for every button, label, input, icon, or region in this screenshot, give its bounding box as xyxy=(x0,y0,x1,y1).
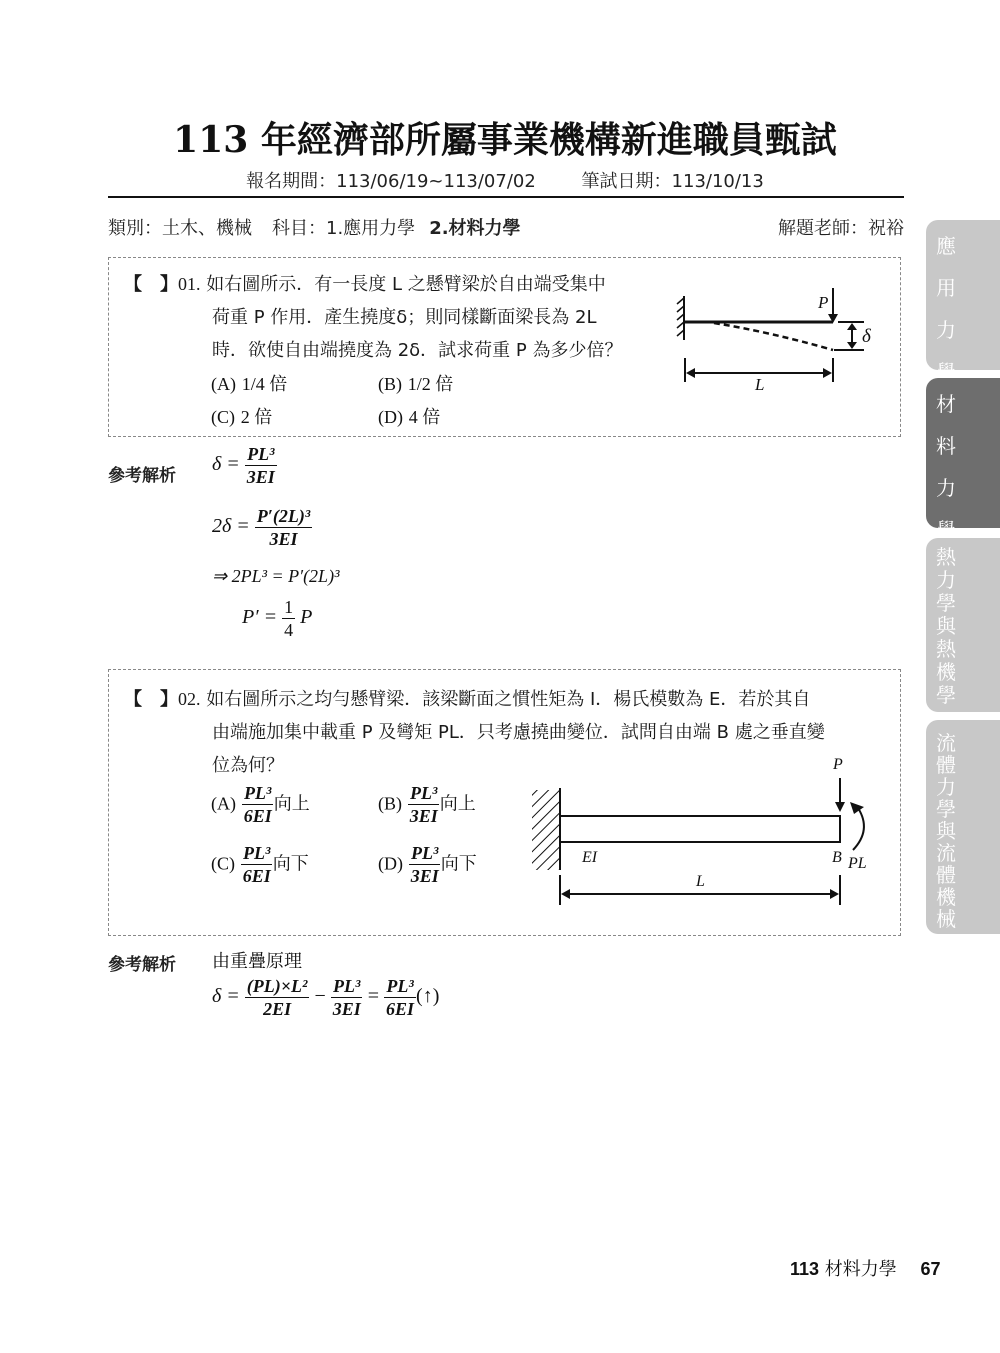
load-label: P xyxy=(817,293,828,312)
solution-2-equation: δ = (PL)×L²2EI − PL³3EI = PL³6EI(↑) xyxy=(212,976,439,1019)
direction: 向上 xyxy=(440,794,476,815)
eq-lhs: δ = xyxy=(212,985,240,1007)
beam xyxy=(560,816,840,842)
option-label: (B) xyxy=(378,794,402,814)
direction-up-icon: (↑) xyxy=(416,985,439,1007)
side-tab-thermodynamics[interactable]: 熱 力 學 與 熱 機 學 xyxy=(926,538,1000,712)
exam-meta: 類別：土木、機械科目：1.應用力學2.材料力學 xyxy=(108,214,521,240)
solution-2-intro: 由重疊原理 xyxy=(212,947,302,973)
option-text: 4 倍 xyxy=(409,407,441,427)
fraction: PL³3EI xyxy=(409,843,441,886)
eq-lhs: δ = xyxy=(212,453,240,475)
numerator: PL³ xyxy=(242,783,273,805)
option-label: (C) xyxy=(211,854,235,874)
direction: 向下 xyxy=(273,854,309,875)
tab-char: 機 xyxy=(936,661,956,684)
question-text: 荷重 P 作用．產生撓度δ；則同樣斷面梁長為 2L xyxy=(124,301,622,334)
tab-char: 熱 xyxy=(936,546,956,569)
option-label: (C) xyxy=(211,407,235,427)
solution-1-eq-1: δ = PL³3EI xyxy=(212,444,277,487)
subject-bold: 2.材料力學 xyxy=(429,218,520,239)
page-number: 67 xyxy=(921,1259,941,1279)
fraction: P′(2L)³3EI xyxy=(255,506,312,549)
page-title: 113 年經濟部所屬事業機構新進職員甄試 xyxy=(0,112,1000,163)
option-b[interactable]: (B) 1/2 倍 xyxy=(378,370,453,396)
denominator: 4 xyxy=(282,619,295,640)
moment-label: PL xyxy=(847,855,867,872)
footer-year: 113 xyxy=(790,1259,819,1279)
solution-1-eq-3: ⇒ 2PL³ = P′(2L)³ xyxy=(212,566,339,587)
fraction: 14 xyxy=(282,597,295,640)
tab-char: 體 xyxy=(936,754,956,776)
denominator: 6EI xyxy=(241,865,273,886)
option-label: (D) xyxy=(378,407,403,427)
numerator: (PL)×L² xyxy=(245,976,310,998)
page-footer: 113 材料力學 67 xyxy=(790,1255,941,1281)
tab-char: 與 xyxy=(936,820,956,842)
tab-char: 力 xyxy=(936,314,956,343)
numerator: PL³ xyxy=(408,783,439,805)
option-c[interactable]: (C) 2 倍 xyxy=(211,403,272,429)
option-text: 2 倍 xyxy=(241,407,273,427)
option-label: (A) xyxy=(211,794,236,814)
fraction: PL³6EI xyxy=(241,843,273,886)
solution-1-eq-4: P′ = 14 P xyxy=(242,597,312,640)
numerator: 1 xyxy=(282,597,295,619)
tab-char: 應 xyxy=(936,230,956,259)
option-d[interactable]: (D) 4 倍 xyxy=(378,403,440,429)
fraction: (PL)×L²2EI xyxy=(245,976,310,1019)
denominator: 3EI xyxy=(268,528,300,549)
question-text: 時．欲使自由端撓度為 2δ．試求荷重 P 為多少倍？ xyxy=(124,334,622,367)
option-text: 1/4 倍 xyxy=(242,374,288,394)
denominator: 6EI xyxy=(242,805,274,826)
fraction: PL³3EI xyxy=(408,783,440,826)
denominator: 3EI xyxy=(331,998,363,1019)
fraction: PL³3EI xyxy=(245,444,277,487)
direction: 向下 xyxy=(441,854,477,875)
tab-char: 料 xyxy=(936,430,956,459)
question-text: 如右圖所示之均勻懸臂梁．該梁斷面之慣性矩為 I．楊氏模數為 E．若於其自 xyxy=(206,689,810,710)
question-text: 如右圖所示．有一長度 L 之懸臂梁於自由端受集中 xyxy=(206,274,605,295)
tab-char: 熱 xyxy=(936,638,956,661)
tab-char: 流 xyxy=(936,842,956,864)
teacher: 解題老師：祝裕 xyxy=(778,214,904,240)
tab-char: 力 xyxy=(936,776,956,798)
question-number: 02. xyxy=(178,689,201,709)
cantilever-moment-figure: P EI B PL L xyxy=(520,750,900,920)
question-number: 01. xyxy=(178,274,201,294)
side-tab-applied-mechanics[interactable]: 應 用 力 學 xyxy=(926,220,1000,370)
question-2-line-1: 【 】02. 如右圖所示之均勻懸臂梁．該梁斷面之慣性矩為 I．楊氏模數為 E．若… xyxy=(124,683,825,716)
deflection-label: δ xyxy=(862,326,872,347)
tab-char: 與 xyxy=(936,615,956,638)
option-d[interactable]: (D) PL³3EI向下 xyxy=(378,843,477,886)
tab-char: 流 xyxy=(936,732,956,754)
option-label: (D) xyxy=(378,854,403,874)
eq-rhs: P xyxy=(300,606,312,628)
numerator: PL³ xyxy=(245,444,276,466)
side-tab-mechanics-of-materials[interactable]: 材 料 力 學 xyxy=(926,378,1000,528)
solution-1-label: 參考解析 xyxy=(108,461,176,486)
answer-bracket[interactable]: 【 】 xyxy=(124,274,178,294)
numerator: PL³ xyxy=(241,843,272,865)
cantilever-deflection-figure: P δ L xyxy=(660,270,900,400)
option-label: (B) xyxy=(378,374,402,394)
denominator: 3EI xyxy=(409,865,441,886)
solution-1-eq-2: 2δ = P′(2L)³3EI xyxy=(212,506,312,549)
denominator: 3EI xyxy=(245,466,277,487)
fraction: PL³6EI xyxy=(242,783,274,826)
tab-char: 械 xyxy=(936,908,956,930)
option-label: (A) xyxy=(211,374,236,394)
fraction: PL³6EI xyxy=(384,976,416,1019)
load-label: P xyxy=(832,756,843,773)
option-a[interactable]: (A) 1/4 倍 xyxy=(211,370,287,396)
header-divider xyxy=(108,196,904,198)
fraction: PL³3EI xyxy=(331,976,363,1019)
solution-2-label: 參考解析 xyxy=(108,950,176,975)
tab-char: 機 xyxy=(936,886,956,908)
tab-char: 力 xyxy=(936,569,956,592)
numerator: PL³ xyxy=(331,976,362,998)
direction: 向上 xyxy=(274,794,310,815)
tab-char: 體 xyxy=(936,864,956,886)
answer-bracket[interactable]: 【 】 xyxy=(124,689,178,709)
length-label: L xyxy=(695,873,705,890)
length-label: L xyxy=(754,375,764,394)
numerator: PL³ xyxy=(409,843,440,865)
tab-char: 力 xyxy=(936,472,956,501)
tab-char: 用 xyxy=(936,272,956,301)
option-a[interactable]: (A) PL³6EI向上 xyxy=(211,783,310,826)
fixed-support-hatch xyxy=(532,790,560,870)
tab-char: 學 xyxy=(936,798,956,820)
end-label: B xyxy=(832,849,842,866)
stiffness-label: EI xyxy=(581,849,598,866)
question-1: 【 】01. 如右圖所示．有一長度 L 之懸臂梁於自由端受集中 荷重 P 作用．… xyxy=(124,268,622,367)
numerator: PL³ xyxy=(384,976,415,998)
subject-prefix: 科目：1.應用力學 xyxy=(272,218,415,239)
option-b[interactable]: (B) PL³3EI向上 xyxy=(378,783,476,826)
denominator: 2EI xyxy=(261,998,293,1019)
registration-period: 報名期間：113/06/19~113/07/02 xyxy=(246,171,536,192)
eq-lhs: P′ = xyxy=(242,606,277,628)
question-text: 由端施加集中載重 P 及彎矩 PL．只考慮撓曲變位．試問自由端 B 處之垂直變 xyxy=(124,716,825,749)
option-c[interactable]: (C) PL³6EI向下 xyxy=(211,843,309,886)
option-text: 1/2 倍 xyxy=(408,374,454,394)
exam-dates: 報名期間：113/06/19~113/07/02 筆試日期：113/10/13 xyxy=(0,167,1000,193)
equals-sign: = xyxy=(368,985,379,1007)
tab-char: 學 xyxy=(936,684,956,707)
eq-lhs: 2δ = xyxy=(212,515,250,537)
denominator: 3EI xyxy=(408,805,440,826)
tab-char: 材 xyxy=(936,388,956,417)
footer-subject: 材料力學 xyxy=(825,1259,897,1280)
minus-sign: − xyxy=(314,985,325,1007)
denominator: 6EI xyxy=(384,998,416,1019)
numerator: P′(2L)³ xyxy=(255,506,312,528)
question-1-line-1: 【 】01. 如右圖所示．有一長度 L 之懸臂梁於自由端受集中 xyxy=(124,268,622,301)
category: 類別：土木、機械 xyxy=(108,218,252,239)
exam-date: 筆試日期：113/10/13 xyxy=(582,171,764,192)
tab-char: 學 xyxy=(936,592,956,615)
side-tab-fluid-mechanics[interactable]: 流 體 力 學 與 流 體 機 械 xyxy=(926,720,1000,934)
